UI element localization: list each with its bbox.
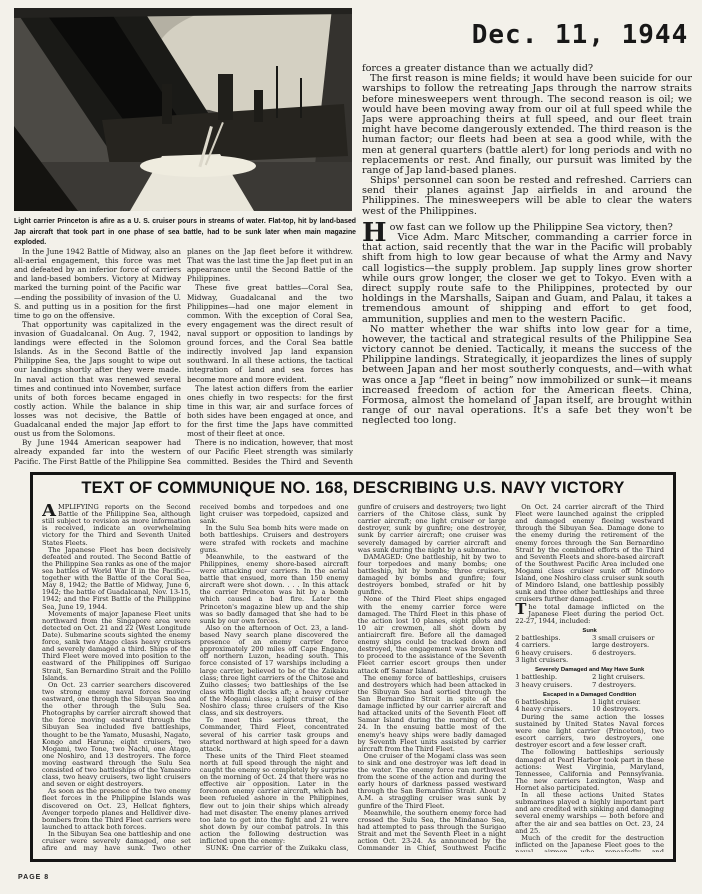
paragraph: In the Sibuyan Sea one battleship and on…	[42, 831, 191, 852]
paragraph: Meanwhile, the southern enemy force had …	[358, 810, 507, 852]
paragraph: 3 heavy cruisers.	[515, 682, 587, 689]
paragraph: gunfire of cruisers and destroyers; two …	[358, 504, 507, 554]
paragraph: 7 destroyers.	[592, 682, 664, 689]
paragraph: Meanwhile, to the eastward of the Philip…	[200, 554, 349, 625]
article-column-left: In the June 1942 Battle of Midway, also …	[14, 247, 181, 467]
paragraph: Also on the afternoon of Oct. 23, a land…	[200, 625, 349, 717]
communique-column-2: received bombs and torpedoes and one lig…	[200, 504, 349, 852]
photo-caption: Light carrier Princeton is afire as a U.…	[14, 217, 356, 249]
losses-escaped-right: 1 light cruiser.10 destroyers.	[592, 699, 664, 714]
losses-sunk-left: 2 battleships.4 carriers.6 heavy cruiser…	[515, 635, 587, 665]
paragraph: To meet this serious threat, the Command…	[200, 717, 349, 753]
paragraph: The following battleships seriously dama…	[515, 749, 664, 792]
paragraph: One cruiser of the Mogami class was seen…	[358, 753, 507, 810]
losses-damaged-rows: 1 battleship.3 heavy cruisers. 2 light c…	[515, 674, 664, 689]
paragraph: planes on the Jap fleet before it withdr…	[187, 247, 353, 283]
paragraph: None of the Third Fleet ships engaged wi…	[358, 596, 507, 674]
paragraph: That opportunity was capitalized in the …	[14, 320, 181, 438]
newspaper-page: Dec. 11, 1944 Light carrier Princeton is…	[0, 0, 702, 894]
paragraph: received bombs and torpedoes and one lig…	[200, 504, 349, 525]
paragraph: These units of the Third Fleet steamed n…	[200, 753, 349, 845]
losses-damaged-right: 2 light cruisers.7 destroyers.	[592, 674, 664, 689]
paragraph: 3 small cruisers or large destroyers.	[592, 635, 664, 650]
paragraph: On Oct. 23 carrier searchers discovered …	[42, 682, 191, 789]
paragraph: In all these actions United States subma…	[515, 792, 664, 835]
paragraph: By June 1944 American seapower had alrea…	[14, 438, 181, 467]
page-number: PAGE 8	[18, 874, 49, 881]
communique-box: TEXT OF COMMUNIQUE NO. 168, DESCRIBING U…	[30, 472, 676, 862]
paragraph: Vice Adm. Marc Mitscher, commanding a ca…	[362, 233, 692, 325]
paragraph: In the June 1942 Battle of Midway, also …	[14, 247, 181, 320]
paragraph: On Oct. 24 carrier aircraft of the Third…	[515, 504, 664, 604]
article-right-bottom: Vice Adm. Marc Mitscher, commanding a ca…	[362, 233, 692, 427]
paragraph: In the Sulu Sea bomb hits were made on b…	[200, 525, 349, 553]
losses-escaped-rows: 6 battleships.4 heavy cruisers. 1 light …	[515, 699, 664, 714]
paragraph: The latest action differs from the earli…	[187, 384, 353, 439]
losses-escaped-left: 6 battleships.4 heavy cruisers.	[515, 699, 587, 714]
communique-columns: AMPLIFYING reports on the Second Battle …	[33, 500, 673, 856]
losses-damaged-left: 1 battleship.3 heavy cruisers.	[515, 674, 587, 689]
paragraph: Movements of major Japanese Fleet units …	[42, 611, 191, 682]
losses-damaged: Severely Damaged and May Have Sunk 1 bat…	[515, 667, 664, 689]
paragraph: As soon as the presence of the two enemy…	[42, 788, 191, 831]
communique-col1-rest: The Japanese Fleet has been decisively d…	[42, 547, 191, 852]
communique-lead-text: MPLIFYING reports on the Second Battle o…	[42, 504, 191, 547]
dropcap-a: A	[42, 504, 56, 517]
paragraph: No matter whether the war shifts into lo…	[362, 325, 692, 427]
communique-column-1: AMPLIFYING reports on the Second Battle …	[42, 504, 191, 852]
paragraph: During the same action the losses sustai…	[515, 714, 664, 750]
article-column-middle: planes on the Jap fleet before it withdr…	[187, 247, 353, 467]
paragraph: The first reason is mine fields; it woul…	[362, 74, 692, 176]
paragraph: The enemy force of battleships, cruisers…	[358, 675, 507, 753]
dropcap-h: H	[362, 223, 387, 243]
issue-date: Dec. 11, 1944	[468, 20, 692, 50]
paragraph: AMPLIFYING reports on the Second Battle …	[42, 504, 191, 547]
total-damage-text: he total damage inflicted on the Japanes…	[515, 603, 664, 625]
losses-sunk-right: 3 small cruisers or large destroyers.6 d…	[592, 635, 664, 665]
battle-photo-graphic	[14, 8, 352, 211]
total-damage-paragraph: The total damage inflicted on the Japane…	[515, 604, 664, 625]
communique-column-4: On Oct. 24 carrier aircraft of the Third…	[515, 504, 664, 852]
paragraph: These five great battles—Coral Sea, Midw…	[187, 283, 353, 383]
paragraph: Ships' personnel can soon be rested and …	[362, 176, 692, 217]
losses-sunk: Sunk 2 battleships.4 carriers.6 heavy cr…	[515, 628, 664, 665]
communique-column-3: gunfire of cruisers and destroyers; two …	[358, 504, 507, 852]
communique-col4-rest: During the same action the losses sustai…	[515, 714, 664, 852]
losses-sunk-heading: Sunk	[515, 628, 664, 634]
paragraph: Much of the credit for the destruction i…	[515, 835, 664, 852]
dropcap-t: T	[515, 604, 526, 615]
article-right-top: forces a greater distance than we actual…	[362, 64, 692, 217]
communique-title: TEXT OF COMMUNIQUE NO. 168, DESCRIBING U…	[39, 479, 667, 498]
article-column-right: forces a greater distance than we actual…	[362, 64, 692, 466]
paragraph: DAMAGED: One battleship, hit by two to f…	[358, 554, 507, 597]
paragraph: SUNK: One carrier of the Zuikaku class, …	[200, 845, 349, 852]
paragraph: 6 destroyers.	[592, 650, 664, 657]
losses-escaped: Escaped in a Damaged Condition 6 battles…	[515, 692, 664, 714]
paragraph: 3 light cruisers.	[515, 657, 587, 664]
paragraph: The Japanese Fleet has been decisively d…	[42, 547, 191, 611]
battle-photo	[14, 8, 352, 211]
paragraph: There is no indication, however, that mo…	[187, 438, 353, 467]
losses-sunk-rows: 2 battleships.4 carriers.6 heavy cruiser…	[515, 635, 664, 665]
